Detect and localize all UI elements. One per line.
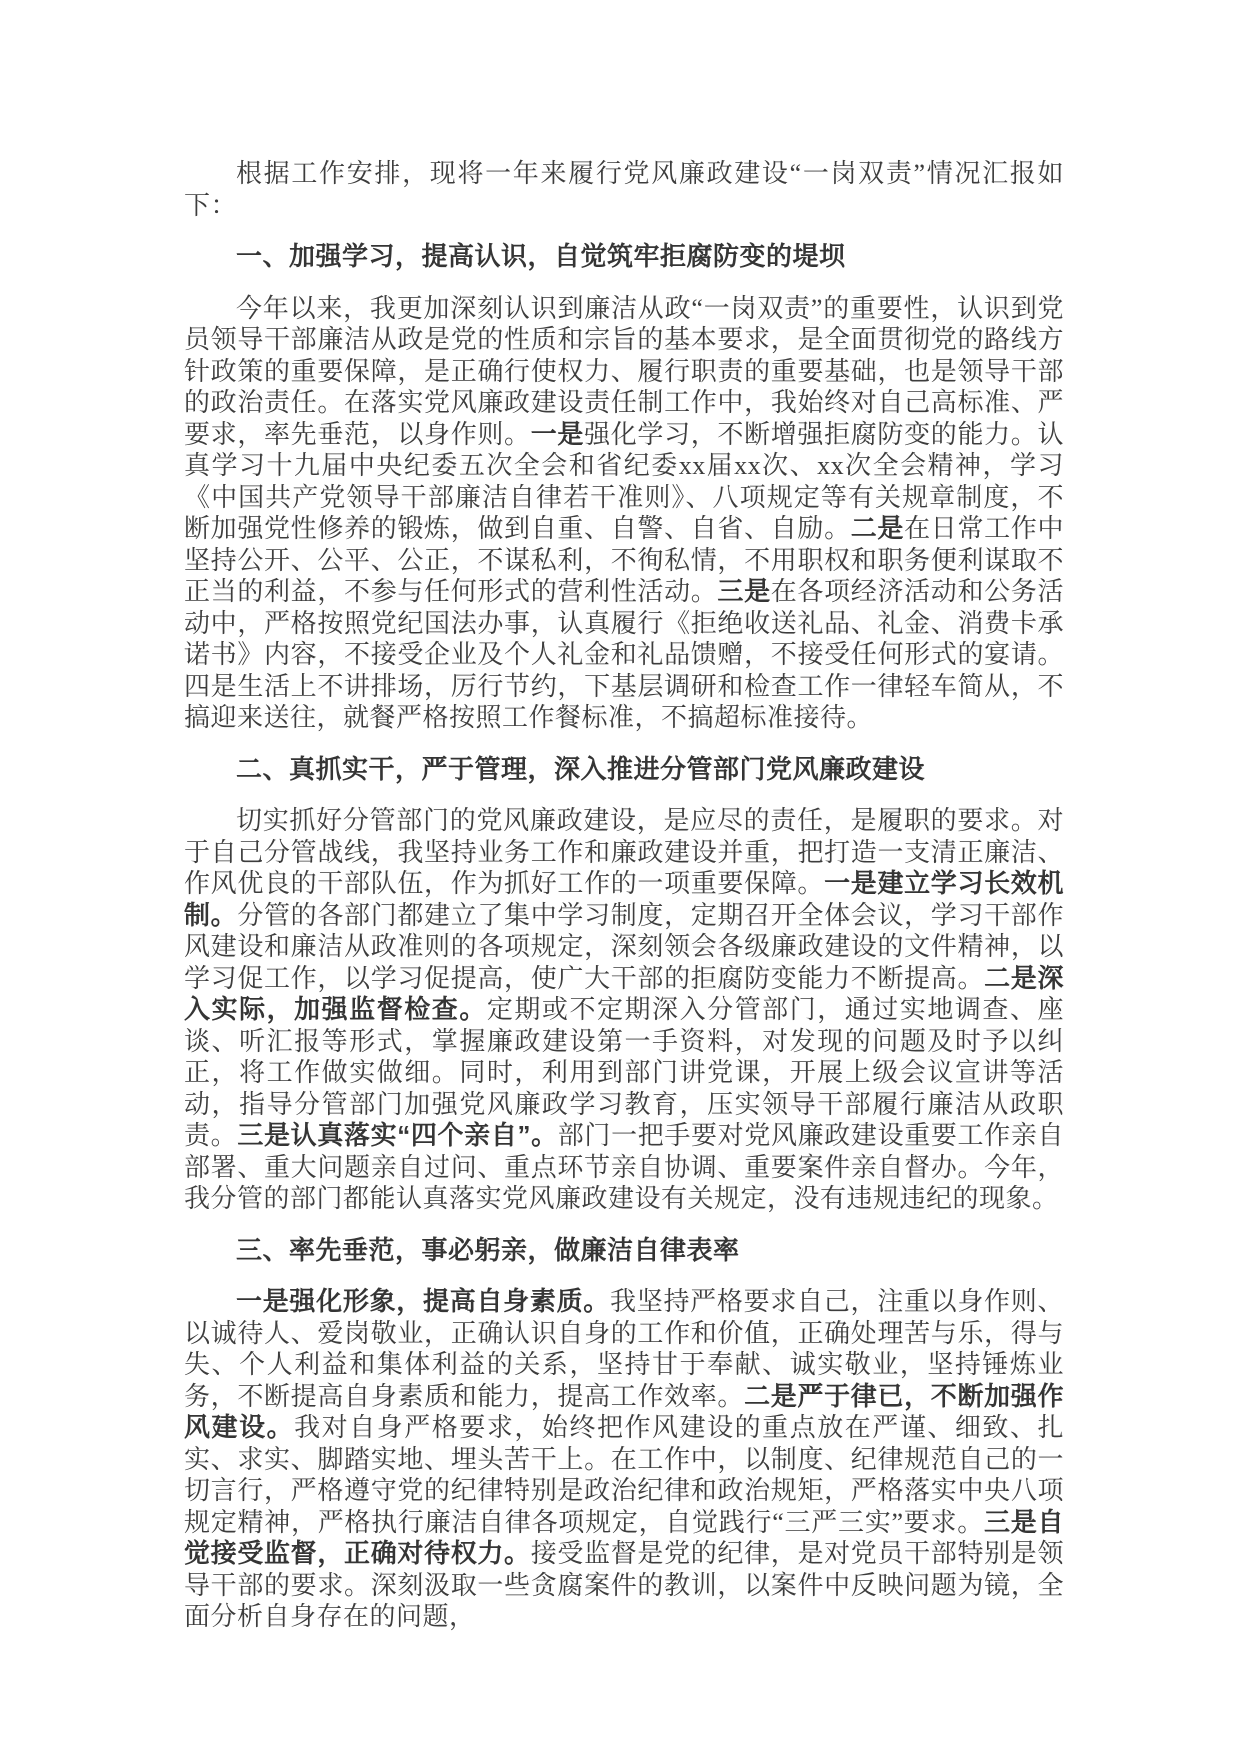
document-page: 根据工作安排，现将一年来履行党风廉政建设“一岗双责”情况汇报如下：一、加强学习，… <box>0 0 1240 1754</box>
section-3-paragraph-segment-0: 一是强化形象，提高自身素质。 <box>236 1286 610 1316</box>
section-1-paragraph-segment-5: 三是 <box>717 576 770 606</box>
section-2-heading-segment-0: 二、真抓实干，严于管理，深入推进分管部门党风廉政建设 <box>236 754 925 784</box>
intro-paragraph: 根据工作安排，现将一年来履行党风廉政建设“一岗双责”情况汇报如下： <box>184 158 1064 221</box>
section-3-paragraph: 一是强化形象，提高自身素质。我坚持严格要求自己，注重以身作则、以诚待人、爱岗敬业… <box>184 1286 1064 1633</box>
section-2-paragraph: 切实抓好分管部门的党风廉政建设，是应尽的责任，是履职的要求。对于自己分管战线，我… <box>184 805 1064 1215</box>
section-2-heading: 二、真抓实干，严于管理，深入推进分管部门党风廉政建设 <box>184 754 1064 786</box>
section-1-paragraph: 今年以来，我更加深刻认识到廉洁从政“一岗双责”的重要性，认识到党员领导干部廉洁从… <box>184 293 1064 734</box>
section-2-paragraph-segment-5: 三是认真落实“四个亲自”。 <box>237 1120 557 1150</box>
document-body: 根据工作安排，现将一年来履行党风廉政建设“一岗双责”情况汇报如下：一、加强学习，… <box>184 158 1064 1633</box>
section-1-paragraph-segment-3: 二是 <box>851 513 904 543</box>
section-1-paragraph-segment-1: 一是 <box>531 419 584 449</box>
section-3-paragraph-segment-3: 我对自身严格要求，始终把作风建设的重点放在严谨、细致、扎实、求实、脚踏实地、埋头… <box>184 1413 1064 1537</box>
section-2-paragraph-segment-2: 分管的各部门都建立了集中学习制度，定期召开全体会议，学习干部作风建设和廉洁从政准… <box>184 901 1064 993</box>
section-1-heading-segment-0: 一、加强学习，提高认识，自觉筑牢拒腐防变的堤坝 <box>236 241 846 271</box>
section-3-heading: 三、率先垂范，事必躬亲，做廉洁自律表率 <box>184 1235 1064 1267</box>
section-1-heading: 一、加强学习，提高认识，自觉筑牢拒腐防变的堤坝 <box>184 241 1064 273</box>
intro-paragraph-segment-0: 根据工作安排，现将一年来履行党风廉政建设“一岗双责”情况汇报如下： <box>184 159 1064 220</box>
section-3-heading-segment-0: 三、率先垂范，事必躬亲，做廉洁自律表率 <box>236 1235 740 1265</box>
